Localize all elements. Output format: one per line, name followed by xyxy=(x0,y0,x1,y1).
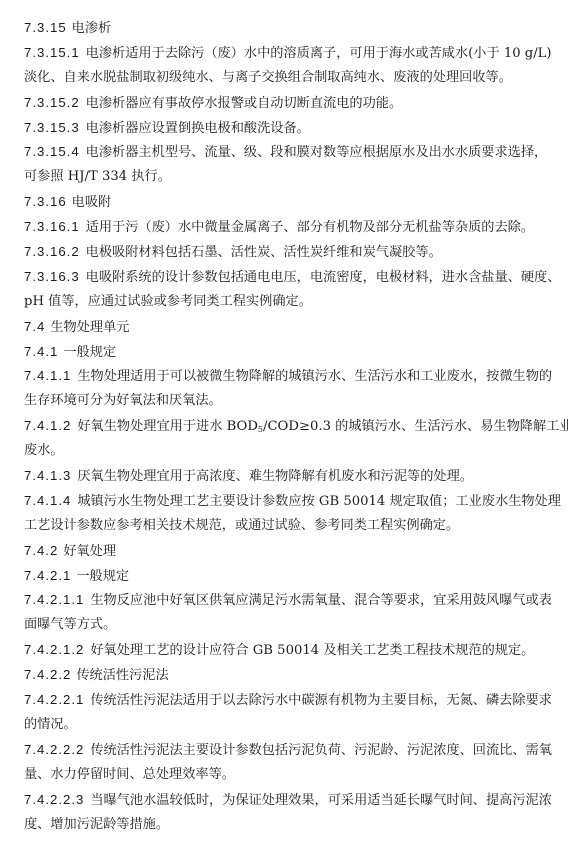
section-title: 传统活性污泥法 xyxy=(76,668,168,683)
section-number: 7.3.16 xyxy=(24,194,67,209)
clause-7-3-15-3: 7.3.15.3电渗析器应设置倒换电极和酸洗设备。 xyxy=(24,116,536,141)
clause-number: 7.3.15.3 xyxy=(24,120,80,135)
clause-7-4-2-1-1: 7.4.2.1.1生物反应池中好氧区供氧应满足污水需氧量、混合等要求，宜采用鼓风… xyxy=(24,588,536,638)
clause-7-3-16-2: 7.3.16.2电极吸附材料包括石墨、活性炭、活性炭纤维和炭气凝胶等。 xyxy=(24,240,536,265)
section-heading-7-4-2: 7.4.2好氧处理 xyxy=(24,539,536,564)
section-title: 电渗析 xyxy=(72,21,112,36)
clause-number: 7.4.2.2.3 xyxy=(24,792,84,807)
clause-text-line: 生存环境可分为好氧法和厌氧法。 xyxy=(24,393,222,408)
clause-number: 7.4.1.1 xyxy=(24,368,71,383)
section-title: 生物处理单元 xyxy=(50,320,129,335)
clause-number: 7.4.2.1.1 xyxy=(24,592,84,607)
section-title: 一般规定 xyxy=(63,345,116,360)
clause-7-4-2-1-2: 7.4.2.1.2好氧处理工艺的设计应符合 GB 50014 及相关工艺类工程技… xyxy=(24,638,536,663)
clause-number: 7.4.1.3 xyxy=(24,468,71,483)
clause-7-3-15-2: 7.3.15.2电渗析器应有事故停水报警或自动切断直流电的功能。 xyxy=(24,91,536,116)
clause-number: 7.4.2.2.2 xyxy=(24,742,84,757)
clause-text-line: 度、增加污泥龄等措施。 xyxy=(24,817,169,832)
section-number: 7.4.2 xyxy=(24,543,58,558)
clause-7-4-1-4: 7.4.1.4城镇污水生物处理工艺主要设计参数应按 GB 50014 规定取值；… xyxy=(24,489,536,539)
clause-7-3-16-3: 7.3.16.3电吸附系统的设计参数包括通电电压，电流密度，电极材料，进水含盐量… xyxy=(24,265,536,315)
clause-text-line: 工艺设计参数应参考相关技术规范，或通过试验、参考同类工程实例确定。 xyxy=(24,518,459,533)
clause-text-line: 电极吸附材料包括石墨、活性炭、活性炭纤维和炭气凝胶等。 xyxy=(86,245,442,260)
section-heading-7-4-1: 7.4.1一般规定 xyxy=(24,340,536,365)
clause-text-line: 量、水力停留时间、总处理效率等。 xyxy=(24,767,235,782)
clause-7-3-15-4: 7.3.15.4电渗析器主机型号、流量、级、段和膜对数等应根据原水及出水水质要求… xyxy=(24,140,536,190)
document-page: 7.3.15电渗析 7.3.15.1电渗析适用于去除污（废）水中的溶质离子，可用… xyxy=(24,16,536,837)
clause-text-line: 当曝气池水温较低时，为保证处理效果，可采用适当延长曝气时间、提高污泥浓 xyxy=(90,793,552,808)
clause-number: 7.3.15.2 xyxy=(24,95,80,110)
section-number: 7.4.2.2 xyxy=(24,667,71,682)
section-title: 电吸附 xyxy=(72,195,112,210)
clause-text-line: 可参照 HJ/T 334 执行。 xyxy=(24,169,171,184)
clause-text-line: 面曝气等方式。 xyxy=(24,617,116,632)
clause-text-line: 电渗析适用于去除污（废）水中的溶质离子，可用于海水或苦咸水(小于 10 g/L) xyxy=(86,46,552,61)
clause-number: 7.3.15.4 xyxy=(24,144,80,159)
clause-7-4-1-2: 7.4.1.2好氧生物处理宜用于进水 BOD5/COD≥0.3 的城镇污水、生活… xyxy=(24,414,536,464)
section-number: 7.4.1 xyxy=(24,344,58,359)
section-heading-7-4-2-2: 7.4.2.2传统活性污泥法 xyxy=(24,663,536,688)
clause-text-line: 传统活性污泥法主要设计参数包括污泥负荷、污泥龄、污泥浓度、回流比、需氧 xyxy=(90,743,552,758)
clause-7-4-2-2-2: 7.4.2.2.2传统活性污泥法主要设计参数包括污泥负荷、污泥龄、污泥浓度、回流… xyxy=(24,738,536,788)
clause-text-line: 电吸附系统的设计参数包括通电电压，电流密度，电极材料，进水含盐量、硬度、 xyxy=(86,270,561,285)
section-number: 7.4 xyxy=(24,319,45,334)
section-title: 一般规定 xyxy=(76,569,129,584)
clause-text-line: 电渗析器应设置倒换电极和酸洗设备。 xyxy=(86,121,310,136)
clause-7-4-2-2-3: 7.4.2.2.3当曝气池水温较低时，为保证处理效果，可采用适当延长曝气时间、提… xyxy=(24,788,536,838)
clause-text-pre: 好氧生物处理宜用于进水 BOD xyxy=(77,419,258,434)
clause-number: 7.4.1.4 xyxy=(24,493,71,508)
clause-text-line: 电渗析器主机型号、流量、级、段和膜对数等应根据原水及出水水质要求选择， xyxy=(86,145,548,160)
clause-text-line: 淡化、自来水脱盐制取初级纯水、与离子交换组合制取高纯水、废液的处理回收等。 xyxy=(24,70,512,85)
section-heading-7-3-16: 7.3.16电吸附 xyxy=(24,190,536,215)
clause-7-4-1-3: 7.4.1.3厌氧生物处理宜用于高浓度、难生物降解有机废水和污泥等的处理。 xyxy=(24,464,536,489)
section-number: 7.3.15 xyxy=(24,20,67,35)
section-number: 7.4.2.1 xyxy=(24,568,71,583)
clause-text-line: 适用于污（废）水中微量金属离子、部分有机物及部分无机盐等杂质的去除。 xyxy=(86,220,534,235)
clause-text-line: 传统活性污泥法适用于以去除污水中碳源有机物为主要目标，无氮、磷去除要求 xyxy=(90,693,552,708)
clause-number: 7.3.16.2 xyxy=(24,244,80,259)
clause-text-post: /COD≥0.3 的城镇污水、生活污水、易生物降解工业 xyxy=(263,419,568,434)
section-heading-7-3-15: 7.3.15电渗析 xyxy=(24,16,536,41)
clause-7-3-15-1: 7.3.15.1电渗析适用于去除污（废）水中的溶质离子，可用于海水或苦咸水(小于… xyxy=(24,41,536,91)
clause-text-line: pH 值等，应通过试验或参考同类工程实例确定。 xyxy=(24,294,312,309)
clause-text-line: 生物处理适用于可以被微生物降解的城镇污水、生活污水和工业废水，按微生物的 xyxy=(77,369,552,384)
clause-text-line: 城镇污水生物处理工艺主要设计参数应按 GB 50014 规定取值；工业废水生物处… xyxy=(77,494,561,509)
clause-text-line: 废水。 xyxy=(24,443,64,458)
clause-number: 7.4.1.2 xyxy=(24,418,71,433)
clause-text-line: 生物反应池中好氧区供氧应满足污水需氧量、混合等要求，宜采用鼓风曝气或表 xyxy=(90,593,552,608)
clause-text-line: 电渗析器应有事故停水报警或自动切断直流电的功能。 xyxy=(86,96,403,111)
clause-7-4-1-1: 7.4.1.1生物处理适用于可以被微生物降解的城镇污水、生活污水和工业废水，按微… xyxy=(24,364,536,414)
clause-number: 7.4.2.1.2 xyxy=(24,642,84,657)
clause-7-3-16-1: 7.3.16.1适用于污（废）水中微量金属离子、部分有机物及部分无机盐等杂质的去… xyxy=(24,215,536,240)
clause-number: 7.3.16.1 xyxy=(24,219,80,234)
section-heading-7-4-2-1: 7.4.2.1一般规定 xyxy=(24,564,536,589)
section-title: 好氧处理 xyxy=(63,544,116,559)
clause-text-line: 厌氧生物处理宜用于高浓度、难生物降解有机废水和污泥等的处理。 xyxy=(77,469,473,484)
clause-text-line: 的情况。 xyxy=(24,717,77,732)
section-heading-7-4: 7.4生物处理单元 xyxy=(24,315,536,340)
clause-number: 7.3.15.1 xyxy=(24,45,80,60)
clause-number: 7.3.16.3 xyxy=(24,269,80,284)
clause-number: 7.4.2.2.1 xyxy=(24,692,84,707)
clause-text-line: 好氧处理工艺的设计应符合 GB 50014 及相关工艺类工程技术规范的规定。 xyxy=(90,643,534,658)
clause-7-4-2-2-1: 7.4.2.2.1传统活性污泥法适用于以去除污水中碳源有机物为主要目标，无氮、磷… xyxy=(24,688,536,738)
